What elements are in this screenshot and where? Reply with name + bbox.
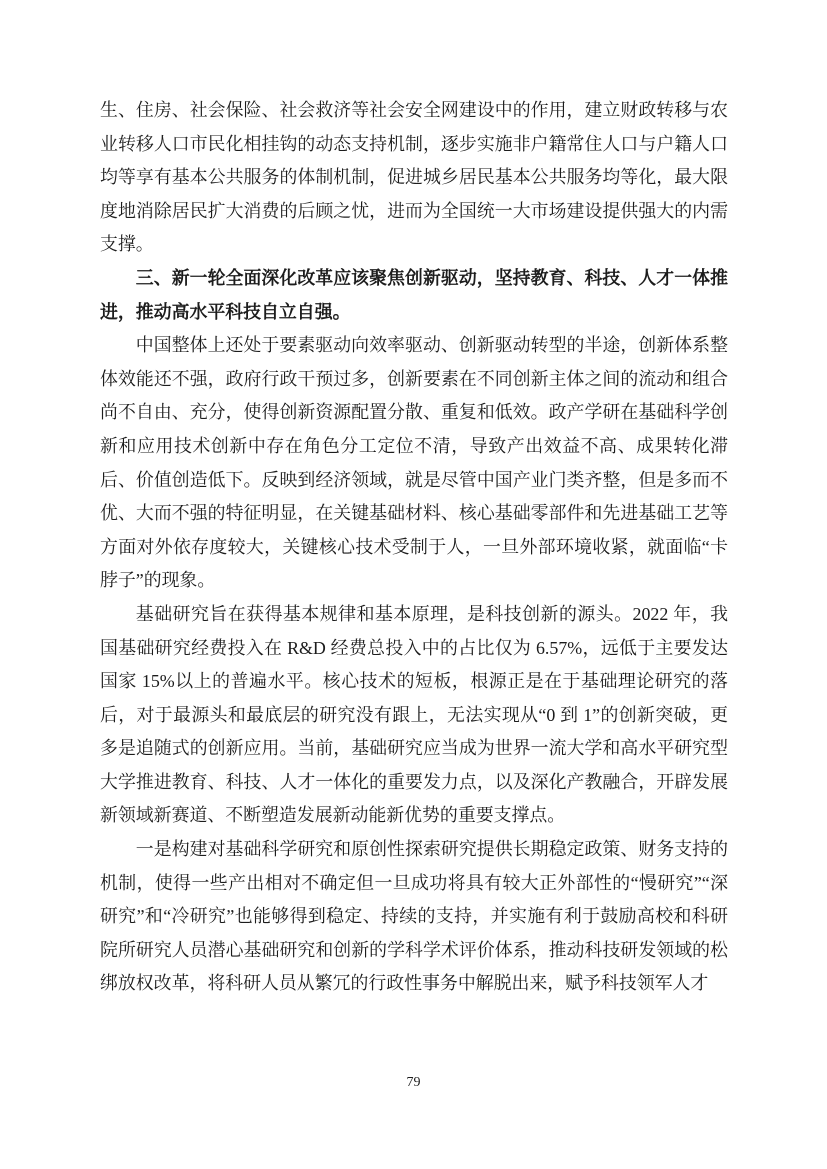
paragraph-policy-support: 一是构建对基础科学研究和原创性探索研究提供长期稳定政策、财务支持的机制，使得一些… bbox=[100, 833, 728, 1001]
document-page: 生、住房、社会保险、社会救济等社会安全网建设中的作用，建立财政转移与农业转移人口… bbox=[0, 0, 827, 1169]
page-body-text: 生、住房、社会保险、社会救济等社会安全网建设中的作用，建立财政转移与农业转移人口… bbox=[100, 94, 728, 1001]
page-number: 79 bbox=[0, 1074, 827, 1092]
paragraph-innovation-system: 中国整体上还处于要素驱动向效率驱动、创新驱动转型的半途，创新体系整体效能还不强，… bbox=[100, 329, 728, 598]
paragraph-basic-research: 基础研究旨在获得基本规律和基本原理，是科技创新的源头。2022 年，我国基础研究… bbox=[100, 598, 728, 833]
section-heading: 三、新一轮全面深化改革应该聚焦创新驱动，坚持教育、科技、人才一体推进，推动高水平… bbox=[100, 262, 728, 329]
paragraph-continuation: 生、住房、社会保险、社会救济等社会安全网建设中的作用，建立财政转移与农业转移人口… bbox=[100, 94, 728, 262]
